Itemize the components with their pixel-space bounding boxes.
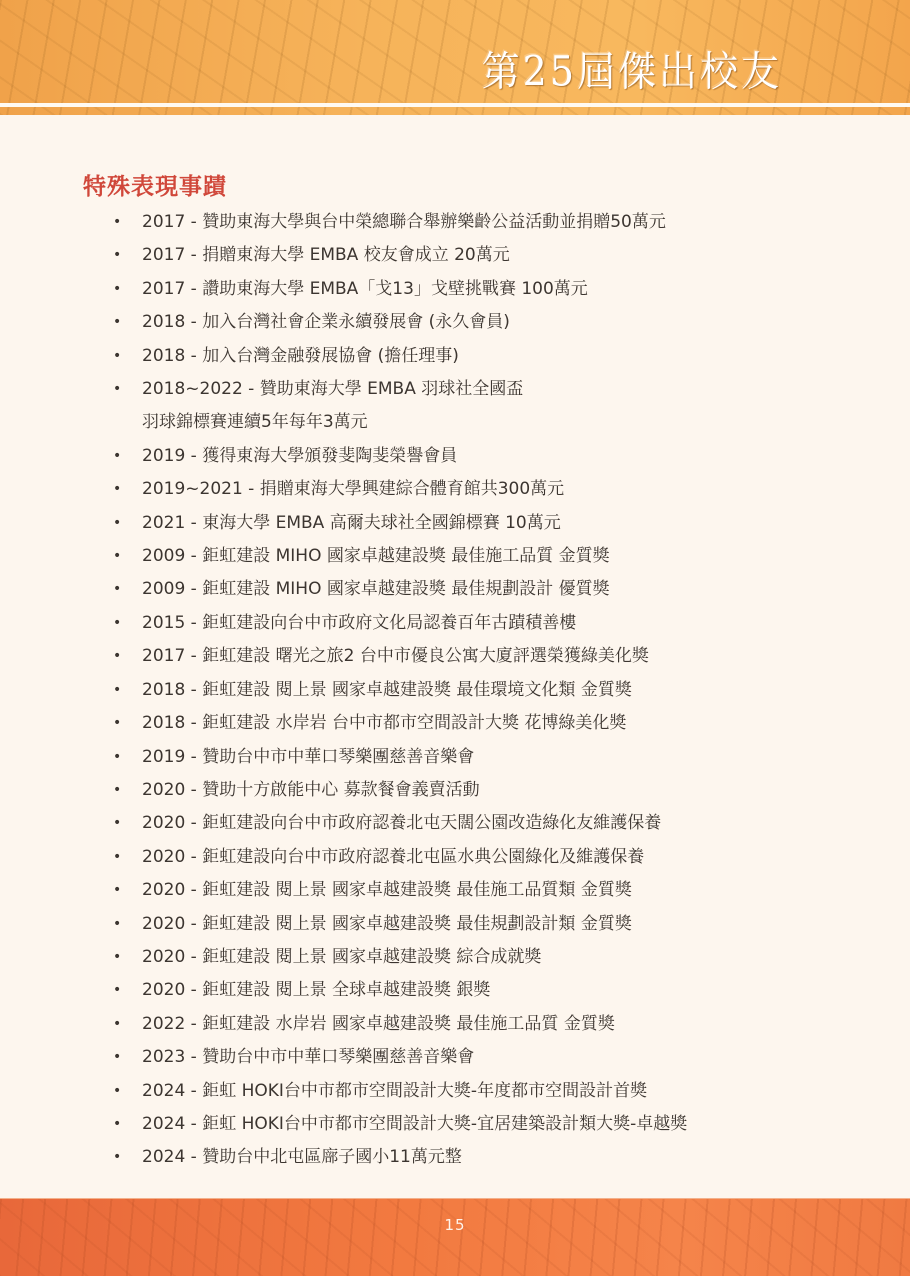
header-divider	[0, 103, 910, 107]
list-item: •2017 - 捐贈東海大學 EMBA 校友會成立 20萬元	[110, 239, 830, 272]
list-item-text: 2018 - 加入台灣金融發展協會 (擔任理事)	[142, 346, 459, 366]
bullet-icon: •	[113, 273, 121, 306]
list-item-text: 2020 - 鉅虹建設 閱上景 全球卓越建設獎 銀獎	[142, 980, 490, 1000]
bullet-icon: •	[113, 1108, 121, 1141]
list-item: •2015 - 鉅虹建設向台中市政府文化局認養百年古蹟積善樓	[110, 607, 830, 640]
list-item-text: 2020 - 鉅虹建設 閱上景 國家卓越建設獎 最佳施工品質類 金質獎	[142, 880, 632, 900]
footer-banner	[0, 1198, 910, 1276]
list-item-text: 2020 - 鉅虹建設向台中市政府認養北屯區水典公園綠化及維護保養	[142, 847, 644, 867]
list-item: •2024 - 鉅虹 HOKI台中市都市空間設計大獎-宜居建築設計類大獎-卓越獎	[110, 1108, 830, 1141]
list-item: •2020 - 鉅虹建設 閱上景 國家卓越建設獎 最佳規劃設計類 金質獎	[110, 908, 830, 941]
list-item: •2020 - 鉅虹建設 閱上景 全球卓越建設獎 銀獎	[110, 974, 830, 1007]
list-item: •2009 - 鉅虹建設 MIHO 國家卓越建設獎 最佳規劃設計 優質獎	[110, 573, 830, 606]
bullet-icon: •	[113, 1041, 121, 1074]
list-item: •2018 - 鉅虹建設 水岸岩 台中市都市空間設計大獎 花博綠美化獎	[110, 707, 830, 740]
bullet-icon: •	[113, 1008, 121, 1041]
bullet-icon: •	[113, 340, 121, 373]
bullet-icon: •	[113, 306, 121, 339]
bullet-icon: •	[113, 573, 121, 606]
list-item-text: 2019~2021 - 捐贈東海大學興建綜合體育館共300萬元	[142, 479, 564, 499]
achievement-list: •2017 - 贊助東海大學與台中榮總聯合舉辦樂齡公益活動並捐贈50萬元•201…	[110, 206, 830, 1175]
list-item: •2024 - 鉅虹 HOKI台中市都市空間設計大獎-年度都市空間設計首獎	[110, 1075, 830, 1108]
list-item: •2020 - 鉅虹建設向台中市政府認養北屯天闊公園改造綠化友維護保養	[110, 807, 830, 840]
list-item: •2018 - 鉅虹建設 閱上景 國家卓越建設獎 最佳環境文化類 金質獎	[110, 674, 830, 707]
list-item-text: 2017 - 鉅虹建設 曙光之旅2 台中市優良公寓大廈評選榮獲綠美化獎	[142, 646, 649, 666]
bullet-icon: •	[113, 908, 121, 941]
list-item: •2017 - 贊助東海大學與台中榮總聯合舉辦樂齡公益活動並捐贈50萬元	[110, 206, 830, 239]
bullet-icon: •	[113, 473, 121, 506]
bullet-icon: •	[113, 807, 121, 840]
page-number: 15	[0, 1216, 910, 1234]
bullet-icon: •	[113, 607, 121, 640]
list-item-text: 2009 - 鉅虹建設 MIHO 國家卓越建設獎 最佳規劃設計 優質獎	[142, 579, 610, 599]
list-item-text: 2020 - 贊助十方啟能中心 募款餐會義賣活動	[142, 780, 480, 800]
list-item: •2017 - 鉅虹建設 曙光之旅2 台中市優良公寓大廈評選榮獲綠美化獎	[110, 640, 830, 673]
bullet-icon: •	[113, 707, 121, 740]
bullet-icon: •	[113, 1141, 121, 1174]
bullet-icon: •	[113, 507, 121, 540]
list-item: •2020 - 鉅虹建設向台中市政府認養北屯區水典公園綠化及維護保養	[110, 841, 830, 874]
bullet-icon: •	[113, 540, 121, 573]
bullet-icon: •	[113, 841, 121, 874]
bullet-icon: •	[113, 774, 121, 807]
list-item-continuation: 羽球錦標賽連續5年每年3萬元	[142, 406, 830, 439]
bullet-icon: •	[113, 741, 121, 774]
list-item: •2020 - 鉅虹建設 閱上景 國家卓越建設獎 最佳施工品質類 金質獎	[110, 874, 830, 907]
bullet-icon: •	[113, 974, 121, 1007]
list-item-text: 2017 - 捐贈東海大學 EMBA 校友會成立 20萬元	[142, 245, 510, 265]
list-item-text: 2024 - 鉅虹 HOKI台中市都市空間設計大獎-宜居建築設計類大獎-卓越獎	[142, 1114, 687, 1134]
list-item-text: 2023 - 贊助台中市中華口琴樂團慈善音樂會	[142, 1047, 474, 1067]
list-item-text: 2018~2022 - 贊助東海大學 EMBA 羽球社全國盃	[142, 379, 523, 399]
list-item: •2021 - 東海大學 EMBA 高爾夫球社全國錦標賽 10萬元	[110, 507, 830, 540]
section-heading: 特殊表現事蹟	[83, 168, 227, 201]
list-item-text: 2020 - 鉅虹建設 閱上景 國家卓越建設獎 最佳規劃設計類 金質獎	[142, 914, 632, 934]
list-item: •2023 - 贊助台中市中華口琴樂團慈善音樂會	[110, 1041, 830, 1074]
list-item-text: 2021 - 東海大學 EMBA 高爾夫球社全國錦標賽 10萬元	[142, 513, 561, 533]
list-item: •2019~2021 - 捐贈東海大學興建綜合體育館共300萬元	[110, 473, 830, 506]
list-item-text: 2015 - 鉅虹建設向台中市政府文化局認養百年古蹟積善樓	[142, 613, 576, 633]
list-item-text: 2017 - 贊助東海大學與台中榮總聯合舉辦樂齡公益活動並捐贈50萬元	[142, 212, 666, 232]
list-item-text: 2009 - 鉅虹建設 MIHO 國家卓越建設獎 最佳施工品質 金質獎	[142, 546, 610, 566]
list-item-text: 2024 - 鉅虹 HOKI台中市都市空間設計大獎-年度都市空間設計首獎	[142, 1081, 647, 1101]
page-title: 第25屆傑出校友	[482, 38, 782, 97]
list-item-text: 2018 - 加入台灣社會企業永續發展會 (永久會員)	[142, 312, 510, 332]
bullet-icon: •	[113, 941, 121, 974]
bullet-icon: •	[113, 440, 121, 473]
list-item: •2017 - 讚助東海大學 EMBA「戈13」戈壁挑戰賽 100萬元	[110, 273, 830, 306]
bullet-icon: •	[113, 373, 121, 406]
list-item: •2020 - 贊助十方啟能中心 募款餐會義賣活動	[110, 774, 830, 807]
bullet-icon: •	[113, 1075, 121, 1108]
list-item-text: 2019 - 獲得東海大學頒發斐陶斐榮譽會員	[142, 446, 457, 466]
list-item: •2019 - 贊助台中市中華口琴樂團慈善音樂會	[110, 741, 830, 774]
bullet-icon: •	[113, 239, 121, 272]
list-item: •2018 - 加入台灣金融發展協會 (擔任理事)	[110, 340, 830, 373]
bullet-icon: •	[113, 674, 121, 707]
list-item: •2009 - 鉅虹建設 MIHO 國家卓越建設獎 最佳施工品質 金質獎	[110, 540, 830, 573]
list-item-text: 2024 - 贊助台中北屯區廍子國小11萬元整	[142, 1147, 462, 1167]
list-item: •2019 - 獲得東海大學頒發斐陶斐榮譽會員	[110, 440, 830, 473]
list-item: •2018 - 加入台灣社會企業永續發展會 (永久會員)	[110, 306, 830, 339]
list-item: •2022 - 鉅虹建設 水岸岩 國家卓越建設獎 最佳施工品質 金質獎	[110, 1008, 830, 1041]
bullet-icon: •	[113, 874, 121, 907]
list-item: •2024 - 贊助台中北屯區廍子國小11萬元整	[110, 1141, 830, 1174]
bullet-icon: •	[113, 640, 121, 673]
list-item-text: 2020 - 鉅虹建設 閱上景 國家卓越建設獎 綜合成就獎	[142, 947, 541, 967]
list-item: •2018~2022 - 贊助東海大學 EMBA 羽球社全國盃羽球錦標賽連續5年…	[110, 373, 830, 440]
list-item: •2020 - 鉅虹建設 閱上景 國家卓越建設獎 綜合成就獎	[110, 941, 830, 974]
list-item-text: 2022 - 鉅虹建設 水岸岩 國家卓越建設獎 最佳施工品質 金質獎	[142, 1014, 615, 1034]
list-item-text: 2018 - 鉅虹建設 水岸岩 台中市都市空間設計大獎 花博綠美化獎	[142, 713, 626, 733]
list-item-text: 2019 - 贊助台中市中華口琴樂團慈善音樂會	[142, 747, 474, 767]
bullet-icon: •	[113, 206, 121, 239]
list-item-text: 2020 - 鉅虹建設向台中市政府認養北屯天闊公園改造綠化友維護保養	[142, 813, 661, 833]
list-item-text: 2018 - 鉅虹建設 閱上景 國家卓越建設獎 最佳環境文化類 金質獎	[142, 680, 632, 700]
list-item-text: 2017 - 讚助東海大學 EMBA「戈13」戈壁挑戰賽 100萬元	[142, 279, 588, 299]
